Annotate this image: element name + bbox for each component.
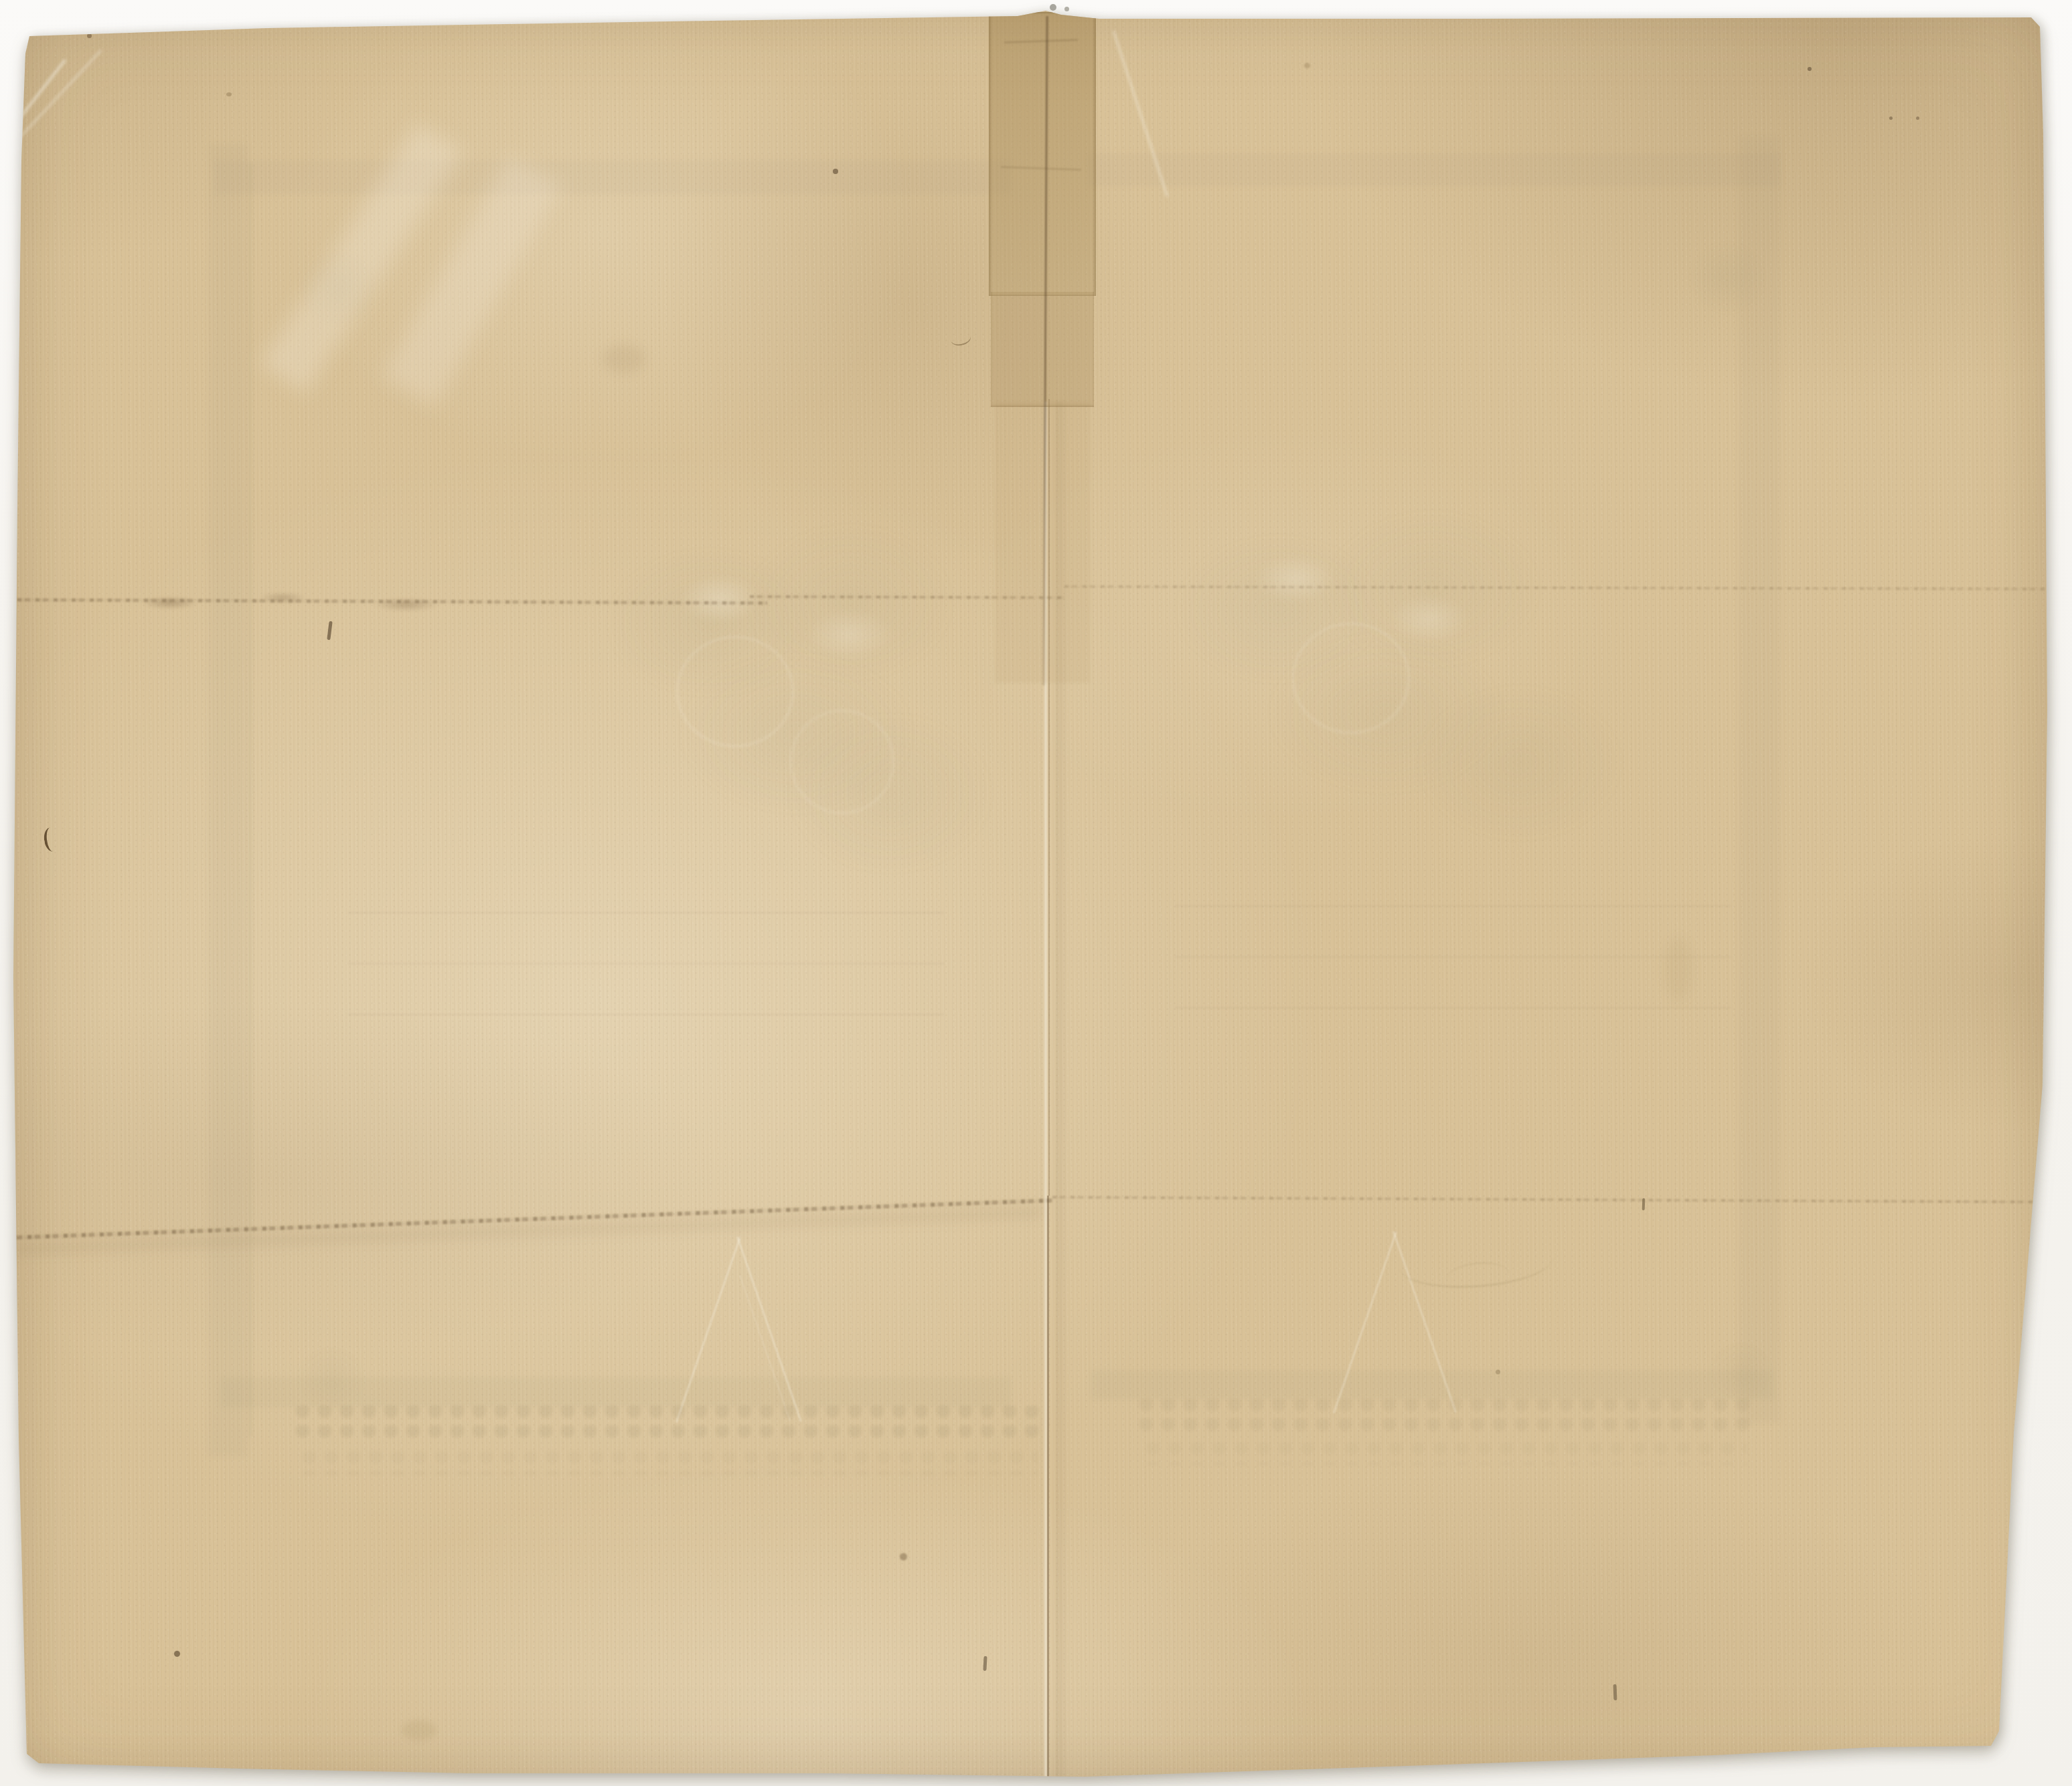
ghost-scroll-cluster-right-c xyxy=(1225,602,1546,823)
ghost-lace-band-right xyxy=(1138,1399,1754,1435)
ghost-rule-left-1 xyxy=(348,912,944,914)
fleck-bottom-right xyxy=(1613,1684,1617,1700)
ghost-scroll-ring-left-2 xyxy=(790,710,894,814)
crease-horizontal-1-left xyxy=(17,598,767,605)
ghost-lace-band-left-2 xyxy=(301,1451,1038,1475)
ghost-scroll-cluster-right-b xyxy=(1285,482,1580,696)
speck-top-right-3 xyxy=(1916,116,1919,120)
crease-horizontal-2-left-shadow xyxy=(13,1206,1044,1256)
ghost-frame-top-left xyxy=(214,161,1011,194)
speck-top-left-2 xyxy=(226,92,232,96)
ghost-triangle-right-leg-b xyxy=(1333,1232,1397,1413)
tape-adhesive-ghost xyxy=(995,402,1090,683)
fold-vertical-shade xyxy=(1056,402,1068,1781)
ghost-frame-bottom-left xyxy=(221,1378,1011,1407)
ghost-rule-left-3 xyxy=(348,1013,944,1016)
ghost-scroll-cluster-right-d xyxy=(1379,656,1660,870)
stain-bottom-left xyxy=(402,1720,436,1740)
crease-horizontal-2-right xyxy=(1052,1196,2043,1203)
fold-vertical-line-upper xyxy=(1048,399,1050,1196)
tape-wrinkle-2 xyxy=(1001,166,1081,171)
ghost-rule-left-2 xyxy=(348,963,944,965)
ghost-frame-left-inner-line xyxy=(249,164,252,1436)
light-band-upper-left-1 xyxy=(260,123,462,393)
ghost-highlight-right-1 xyxy=(1245,549,1346,609)
ghost-scroll-cluster-right-a xyxy=(1138,509,1419,710)
tape-strip-lower xyxy=(991,292,1094,407)
speck-top-right-2 xyxy=(1889,116,1893,120)
ghost-rule-right-3 xyxy=(1175,1007,1731,1009)
ghost-triangle-right-leg-a xyxy=(1392,1231,1457,1412)
ghost-lace-band-left xyxy=(295,1406,1044,1445)
ghost-triangle-left-leg-a xyxy=(736,1236,802,1422)
spot-right-mid xyxy=(1496,1370,1500,1374)
ghost-rule-right-2 xyxy=(1175,956,1731,958)
crease-h1-blotches xyxy=(114,584,489,619)
tape-strip-main xyxy=(989,12,1096,296)
ghost-corner-rosette-tr xyxy=(1674,228,1781,328)
light-streak-right-of-tape xyxy=(1113,31,1168,197)
spot-bottom-left xyxy=(174,1651,180,1657)
crease-horizontal-1-right xyxy=(1064,585,2045,590)
ghost-triangle-left-leg-b xyxy=(675,1237,741,1423)
paper-sheet-wrapper xyxy=(0,0,2072,1786)
spot-lower-left xyxy=(900,1553,907,1560)
ghost-frame-bottom-right xyxy=(1091,1371,1774,1399)
ghost-scroll-cluster-left-c xyxy=(636,623,957,843)
ghost-scroll-cluster-left-a xyxy=(569,522,850,723)
ghost-corner-rosette-br xyxy=(1694,1329,1787,1416)
tear-line xyxy=(1042,16,1048,685)
ghost-frame-right-band xyxy=(1739,137,1779,1423)
ghost-corner-rosette-tl xyxy=(281,234,395,341)
fold-vertical-highlight xyxy=(1044,402,1047,1781)
ghost-scroll-ring-left-1 xyxy=(676,636,794,747)
paper-artifacts-layer xyxy=(0,0,2072,1786)
fleck-bottom-center xyxy=(983,1656,987,1671)
stain-right-mid xyxy=(1664,937,1692,1001)
ghost-scroll-cluster-left-d xyxy=(750,683,1031,904)
light-crease-top-left-2 xyxy=(0,50,102,173)
ghost-rule-right-1 xyxy=(1175,905,1731,907)
scanner-bed-background xyxy=(0,0,2072,1786)
stain-upper-left xyxy=(603,345,645,373)
light-crease-top-left-1 xyxy=(0,59,66,240)
ghost-highlight-left-1 xyxy=(669,569,770,629)
ghost-script-loop-1 xyxy=(1398,1233,1555,1293)
ghost-scroll-ring-right-1 xyxy=(1292,623,1410,734)
fleck-on-crease-left xyxy=(327,621,332,640)
light-band-upper-left-2 xyxy=(382,156,562,406)
ghost-highlight-left-2 xyxy=(797,602,904,666)
ghost-corner-rosette-bl xyxy=(281,1332,382,1426)
ghost-highlight-right-2 xyxy=(1379,589,1480,649)
ghost-frame-top-right xyxy=(1088,154,1781,186)
ink-mark-left-edge xyxy=(43,827,60,852)
ghost-scroll-cluster-left-b xyxy=(710,495,991,710)
fold-vertical-line-lower xyxy=(1047,1196,1049,1783)
tape-wrinkle-1 xyxy=(1004,39,1078,44)
crease-horizontal-2-left xyxy=(9,1198,1053,1240)
ghost-triangle-left-leg-inner xyxy=(739,1275,791,1420)
speck-top-center xyxy=(1304,63,1310,68)
speck-upper-mid xyxy=(833,169,838,174)
ghost-script-loop-2 xyxy=(1445,1259,1511,1295)
crease-horizontal-1-mid xyxy=(750,595,1064,599)
fleck-right-mid xyxy=(1642,1198,1646,1210)
speck-top-right-1 xyxy=(1808,67,1812,71)
ghost-frame-left-band xyxy=(209,144,248,1456)
aged-document-paper-verso xyxy=(0,0,2072,1786)
pencil-scribble-top xyxy=(949,330,972,347)
speck-top-left xyxy=(87,33,92,38)
ghost-lace-band-right-2 xyxy=(1145,1443,1747,1465)
